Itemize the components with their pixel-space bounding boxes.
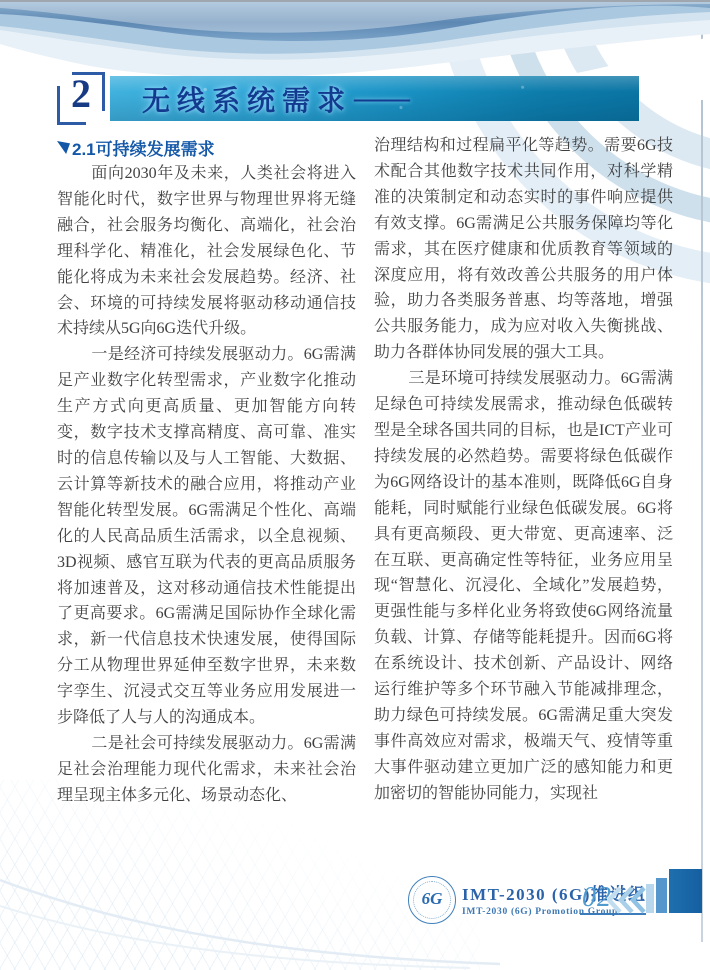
paragraph: 三是环境可持续发展驱动力。6G需满足绿色可持续发展需求，推动绿色低碳转型是全球各… <box>374 366 673 806</box>
footer-square-dark <box>669 869 702 913</box>
chapter-title: 无线系统需求 <box>142 79 352 119</box>
chapter-number: 2 <box>57 70 105 117</box>
footer-square-light <box>646 884 654 913</box>
text-column-right: 治理结构和过程扁平化等趋势。需要6G技术配合其他数字技术共同作用，对科学精准的决… <box>374 133 673 863</box>
section-flag-icon <box>57 141 70 154</box>
paragraph: 面向2030年及未来，人类社会将进入智能化时代，数字世界与物理世界将无缝融合，社… <box>57 161 356 342</box>
chevrons-left-icon <box>607 886 649 914</box>
chapter-banner: 无线系统需求 —— <box>110 76 639 121</box>
logo-6g-text: 6G <box>409 889 455 909</box>
page-right-edge <box>701 0 703 942</box>
paragraph: 二是社会可持续发展驱动力。6G需满足社会治理能力现代化需求，未来社会治理呈现主体… <box>57 731 356 809</box>
chapter-title-dash: —— <box>354 83 410 115</box>
text-column-left: 面向2030年及未来，人类社会将进入智能化时代，数字世界与物理世界将无缝融合，社… <box>57 161 356 861</box>
page-top-edge <box>0 0 710 2</box>
paragraph: 治理结构和过程扁平化等趋势。需要6G技术配合其他数字技术共同作用，对科学精准的决… <box>374 133 673 366</box>
section-heading-label: 2.1可持续发展需求 <box>72 135 215 160</box>
imt-2030-6g-logo: 6G <box>408 876 456 924</box>
chapter-number-box: 2 <box>57 72 105 125</box>
section-heading: 2.1可持续发展需求 <box>57 135 215 160</box>
paragraph: 一是经济可持续发展驱动力。6G需满足产业数字化转型需求，产业数字化推动生产方式向… <box>57 342 356 731</box>
footer-square-medium <box>656 878 667 913</box>
document-page: 2 无线系统需求 —— 2.1可持续发展需求 面向2030年及未来，人类社会将进… <box>0 0 710 970</box>
